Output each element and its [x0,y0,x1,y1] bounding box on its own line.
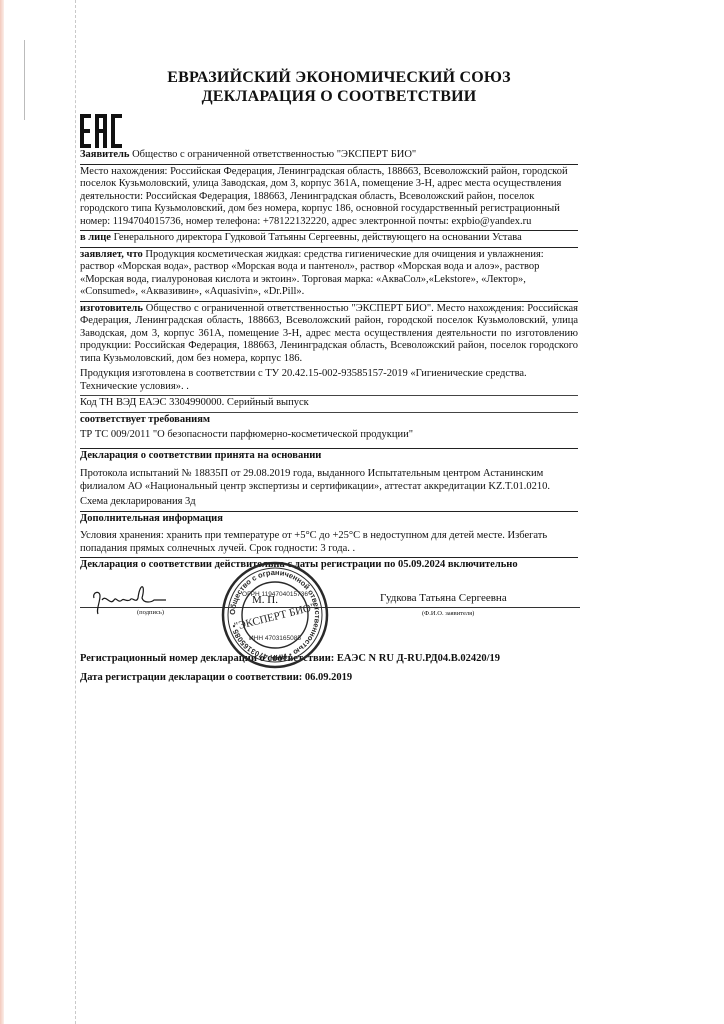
company-seal-stamp-icon: Общество с ограниченной ответственностью… [220,560,330,670]
scan-edge [0,0,4,1024]
tnved-text: Код ТН ВЭД ЕАЭС 3304990000. Серийный вып… [80,397,309,408]
svg-text:ИНН 4703165085: ИНН 4703165085 [249,635,301,642]
declaration-document: ЕВРАЗИЙСКИЙ ЭКОНОМИЧЕСКИЙ СОЮЗ ДЕКЛАРАЦИ… [80,68,578,684]
manufacturer-value: Общество с ограниченной ответственностью… [80,303,578,364]
represented-row: в лице Генерального директора Гудковой Т… [80,231,578,248]
tnved-row: Код ТН ВЭД ЕАЭС 3304990000. Серийный вып… [80,396,578,413]
title-declaration: ДЕКЛАРАЦИЯ О СООТВЕТСТВИИ [100,87,578,106]
manufacturer-label: изготовитель [80,303,143,314]
eac-logo-icon [80,114,578,148]
conforms-label: соответствует требованиям [80,414,210,425]
title-union: ЕВРАЗИЙСКИЙ ЭКОНОМИЧЕСКИЙ СОЮЗ [100,68,578,87]
declares-row: заявляет, что Продукция косметическая жи… [80,248,578,302]
location-row: Место нахождения: Российская Федерация, … [80,165,578,232]
tu-text: Продукция изготовлена в соответствии с Т… [80,368,527,392]
applicant-label: Заявитель [80,149,129,160]
signature-block: (подпись) Общество с ограниченной ответс… [80,574,578,646]
applicant-value: Общество с ограниченной ответственностью… [132,149,416,160]
additional-label-row: Дополнительная информация [80,512,578,530]
applicant-full-name: Гудкова Татьяна Сергеевна [380,592,507,604]
tu-row: Продукция изготовлена в соответствии с Т… [80,367,578,396]
registration-date: Дата регистрации декларации о соответств… [80,671,578,684]
basis-value-row: Протокола испытаний № 18835П от 29.08.20… [80,467,578,495]
additional-label: Дополнительная информация [80,513,223,524]
location-text: Место нахождения: Российская Федерация, … [80,166,568,227]
represented-value: Генерального директора Гудковой Татьяны … [114,232,522,243]
seal-label: М. П. [252,594,278,606]
applicant-row: Заявитель Общество с ограниченной ответс… [80,148,578,165]
additional-value-row: Условия хранения: хранить при температур… [80,529,578,558]
basis-label-row: Декларация о соответствии принята на осн… [80,449,578,468]
additional-value: Условия хранения: хранить при температур… [80,530,547,554]
scheme-text: Схема декларирования 3д [80,496,196,507]
basis-label: Декларация о соответствии принята на осн… [80,450,321,461]
scan-margin-line [75,0,76,1024]
declares-value: Продукция косметическая жидкая: средства… [80,249,544,298]
declares-label: заявляет, что [80,249,143,260]
conforms-label-row: соответствует требованиям [80,413,578,429]
basis-value: Протокола испытаний № 18835П от 29.08.20… [80,468,550,492]
applicant-name-caption: (Ф.И.О. заявителя) [422,610,474,617]
manufacturer-row: изготовитель Общество с ограниченной отв… [80,302,578,368]
scheme-row: Схема декларирования 3д [80,495,578,512]
represented-label: в лице [80,232,111,243]
scan-artifact-line [24,40,25,120]
signature-caption: (подпись) [137,609,164,616]
conforms-value-row: ТР ТС 009/2011 "О безопасности парфюмерн… [80,428,578,449]
conforms-value: ТР ТС 009/2011 "О безопасности парфюмерн… [80,429,413,440]
